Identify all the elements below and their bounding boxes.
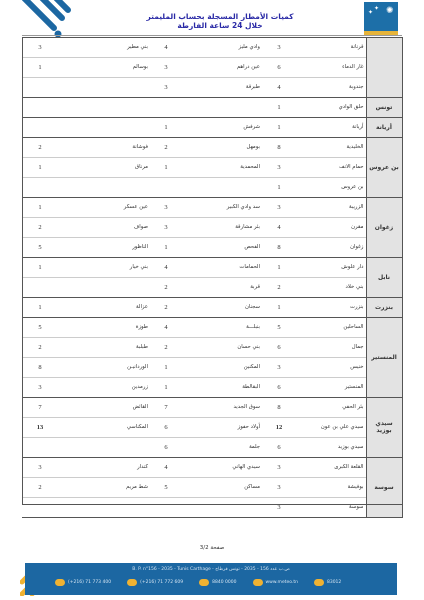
station-name: بني حسان: [182, 337, 262, 357]
station-name: المحمدية: [182, 157, 262, 177]
station-name: مقرن: [296, 217, 366, 237]
region-cell: زغوان: [366, 197, 402, 257]
station-name: بني مطير: [58, 38, 150, 58]
table-row: تونسحلق الوادي1: [22, 97, 402, 117]
rainfall-value: 3: [150, 77, 182, 97]
table-row: جمال6بني حسان2طبلبة2: [22, 337, 402, 357]
table-row: سوسة3: [22, 497, 402, 517]
rainfall-value: [22, 277, 58, 297]
fax-contact: (+216) 71 773 400: [55, 579, 111, 586]
table-row: سيدي علي بن عون12أولاد حفوز6المكناسي13: [22, 417, 402, 437]
rainfall-value: 8: [22, 357, 58, 377]
station-name: [58, 97, 150, 117]
table-row: المنستيرالساحلين5بنبلـــة4طوزة5: [22, 317, 402, 337]
station-name: سيدي الهاني: [182, 457, 262, 477]
rainfall-value: [22, 497, 58, 517]
station-name: المكنين: [182, 357, 262, 377]
rainfall-value: 5: [262, 317, 296, 337]
table-row: خنيس3المكنين1الوردانيـن8: [22, 357, 402, 377]
rainfall-table: قرنانة3وادي مليز4بني مطير3غار الدماء6عين…: [22, 37, 403, 518]
rainfall-value: 2: [150, 277, 182, 297]
table-row: نابلدار علوش1الحمامات4بني خيار1: [22, 257, 402, 277]
station-name: فوشانة: [58, 137, 150, 157]
table-row: قرنانة3وادي مليز4بني مطير3: [22, 38, 402, 58]
rainfall-value: 3: [262, 157, 296, 177]
station-name: الساحلين: [296, 317, 366, 337]
station-name: [58, 117, 150, 137]
rainfall-value: 1: [150, 157, 182, 177]
station-name: عين عسكر: [58, 197, 150, 217]
station-name: دار علوش: [296, 257, 366, 277]
station-name: [182, 97, 262, 117]
rainfall-value: 1: [262, 177, 296, 197]
rainfall-value: 3: [262, 457, 296, 477]
rainfall-value: 7: [22, 397, 58, 417]
station-name: البقالطة: [182, 377, 262, 397]
station-name: عين دراهم: [182, 57, 262, 77]
rainfall-value: 1: [22, 297, 58, 317]
rainfall-value: 5: [22, 237, 58, 257]
station-name: [182, 177, 262, 197]
station-name: سيدي علي بن عون: [296, 417, 366, 437]
title-line-1: كميات الأمطار المسجلة بحساب المليمتر: [130, 12, 310, 21]
station-name: صواف: [58, 217, 150, 237]
station-name: القلعة الكبرى: [296, 457, 366, 477]
rainfall-value: 1: [262, 97, 296, 117]
document-title: كميات الأمطار المسجلة بحساب المليمتر خلا…: [130, 12, 310, 30]
station-name: بنزرت: [296, 297, 366, 317]
table-row: غار الدماء6عين دراهم3بوسالم1: [22, 57, 402, 77]
station-name: بن عروس: [296, 177, 366, 197]
footer-bar: B. P. n°156 - 2035 - Tunis Carthage - ص.…: [25, 563, 397, 595]
rainfall-value: 2: [150, 337, 182, 357]
station-name: زرمدين: [58, 377, 150, 397]
rainfall-value: 4: [262, 77, 296, 97]
rainfall-value: [150, 177, 182, 197]
station-name: حلق الوادي: [296, 97, 366, 117]
rainfall-value: 3: [150, 197, 182, 217]
rainfall-value: 3: [262, 477, 296, 497]
station-name: جندوبة: [296, 77, 366, 97]
rainfall-value: 6: [150, 417, 182, 437]
phone-icon: [127, 579, 137, 586]
rainfall-value: 4: [150, 38, 182, 58]
rainfall-value: [150, 497, 182, 517]
rainfall-value: 8: [262, 137, 296, 157]
station-name: الفحص: [182, 237, 262, 257]
rainfall-value: 2: [150, 137, 182, 157]
station-name: غار الدماء: [296, 57, 366, 77]
rainfall-value: [22, 77, 58, 97]
table-row: أريانةأريانة1شرفش1: [22, 117, 402, 137]
region-cell: تونس: [366, 97, 402, 117]
table-row: زغوان8الفحص1الناظور5: [22, 237, 402, 257]
header-divider: [22, 35, 402, 36]
station-name: الزريبة: [296, 197, 366, 217]
region-cell: أريانة: [366, 117, 402, 137]
rainfall-value: 1: [150, 377, 182, 397]
rainfall-value: 2: [22, 477, 58, 497]
station-name: بوفيشة: [296, 477, 366, 497]
table-row: بوفيشة3مساكن5شط مريم2: [22, 477, 402, 497]
station-name: القائض: [58, 397, 150, 417]
station-name: المكناسي: [58, 417, 150, 437]
rainfall-value: 1: [22, 57, 58, 77]
rainfall-value: [22, 177, 58, 197]
station-name: خنيس: [296, 357, 366, 377]
region-cell: سيدي بوزيد: [366, 397, 402, 457]
station-name: طوزة: [58, 317, 150, 337]
rainfall-value: 1: [22, 157, 58, 177]
table-row: حمام الانف3المحمدية1مرناق1: [22, 157, 402, 177]
rainfall-value: 4: [262, 217, 296, 237]
region-cell: سوسة: [366, 457, 402, 517]
rainfall-value: 1: [150, 117, 182, 137]
rainfall-value: 6: [262, 437, 296, 457]
station-name: بنبلـــة: [182, 317, 262, 337]
station-name: [182, 497, 262, 517]
station-name: الخليدية: [296, 137, 366, 157]
rainfall-value: 2: [22, 137, 58, 157]
station-name: مرناق: [58, 157, 150, 177]
rainfall-value: 2: [262, 277, 296, 297]
page-number: صفحة 3/2: [0, 545, 424, 551]
rainfall-value: [22, 97, 58, 117]
rainfall-value: 4: [150, 457, 182, 477]
station-name: سوق الجديد: [182, 397, 262, 417]
table-row: مقرن4بئر مشارقة3صواف2: [22, 217, 402, 237]
station-name: جمال: [296, 337, 366, 357]
station-name: [58, 497, 150, 517]
rainfall-value: 13: [22, 417, 58, 437]
rainfall-value: 6: [262, 57, 296, 77]
region-cell: المنستير: [366, 317, 402, 397]
rainfall-value: 6: [150, 437, 182, 457]
footer-address: B. P. n°156 - 2035 - Tunis Carthage - ص.…: [25, 567, 397, 572]
rainfall-value: 2: [22, 337, 58, 357]
rainfall-value: 3: [262, 357, 296, 377]
rainfall-value: 1: [150, 237, 182, 257]
station-name: مساكن: [182, 477, 262, 497]
rainfall-value: 3: [150, 57, 182, 77]
station-name: وادي مليز: [182, 38, 262, 58]
station-name: بوسالم: [58, 57, 150, 77]
table-row: بني خلاد2قربة2: [22, 277, 402, 297]
call-icon: [199, 579, 209, 586]
station-name: حمام الانف: [296, 157, 366, 177]
rainfall-value: 1: [22, 197, 58, 217]
rainfall-value: [150, 97, 182, 117]
table-row: سوسةالقلعة الكبرى3سيدي الهاني4كندار3: [22, 457, 402, 477]
rainfall-value: [22, 117, 58, 137]
website-link[interactable]: www.meteo.tn: [253, 579, 298, 586]
phone-contact: (+216) 71 772 609: [127, 579, 183, 586]
sms-contact: 83012: [314, 579, 341, 586]
rainfall-value: 7: [150, 397, 182, 417]
station-name: قرنانة: [296, 38, 366, 58]
station-name: زغوان: [296, 237, 366, 257]
station-name: بني خلاد: [296, 277, 366, 297]
region-cell: [366, 38, 402, 98]
station-name: سجنان: [182, 297, 262, 317]
rainfall-value: 2: [22, 217, 58, 237]
rainfall-value: 1: [262, 257, 296, 277]
rainfall-value: 6: [262, 337, 296, 357]
table-row: زغوانالزريبة3سد وادي الكبير3عين عسكر1: [22, 197, 402, 217]
sms-icon: [314, 579, 324, 586]
rainfall-value: 5: [150, 477, 182, 497]
station-name: طبلبة: [58, 337, 150, 357]
rainfall-value: [22, 437, 58, 457]
station-name: الناظور: [58, 237, 150, 257]
rainfall-value: 8: [262, 237, 296, 257]
station-name: عزالة: [58, 297, 150, 317]
rainfall-value: 3: [262, 197, 296, 217]
station-name: [58, 177, 150, 197]
station-name: [58, 277, 150, 297]
region-cell: بن عروس: [366, 137, 402, 197]
station-name: سوسة: [296, 497, 366, 517]
station-name: أريانة: [296, 117, 366, 137]
station-name: جلمة: [182, 437, 262, 457]
station-name: شط مريم: [58, 477, 150, 497]
rainfall-value: 5: [22, 317, 58, 337]
station-name: الحمامات: [182, 257, 262, 277]
station-name: طبرقة: [182, 77, 262, 97]
rainfall-value: 12: [262, 417, 296, 437]
region-cell: بنزرت: [366, 297, 402, 317]
station-name: بني خيار: [58, 257, 150, 277]
station-name: [58, 437, 150, 457]
brand-stripes-decoration: [22, 0, 82, 40]
region-cell: نابل: [366, 257, 402, 297]
rainfall-value: 3: [22, 38, 58, 58]
table-row: جندوبة4طبرقة3: [22, 77, 402, 97]
hotline-contact: 8840 0000: [199, 579, 236, 586]
rainfall-value: 1: [150, 357, 182, 377]
station-name: كندار: [58, 457, 150, 477]
rainfall-value: 2: [150, 297, 182, 317]
fax-icon: [55, 579, 65, 586]
rainfall-value: 1: [22, 257, 58, 277]
station-name: المنستير: [296, 377, 366, 397]
rainfall-value: 1: [262, 117, 296, 137]
table-row: بن عروسالخليدية8بومهل2فوشانة2: [22, 137, 402, 157]
institute-logo: ✦ ✦ ✺: [364, 2, 398, 36]
rainfall-value: 3: [150, 217, 182, 237]
rainfall-value: 8: [262, 397, 296, 417]
rainfall-value: 4: [150, 257, 182, 277]
station-name: أولاد حفوز: [182, 417, 262, 437]
station-name: قربة: [182, 277, 262, 297]
rainfall-value: 3: [262, 38, 296, 58]
station-name: سيدي بوزيد: [296, 437, 366, 457]
station-name: سد وادي الكبير: [182, 197, 262, 217]
rainfall-value: 3: [262, 497, 296, 517]
rainfall-value: 6: [262, 377, 296, 397]
station-name: بئر مشارقة: [182, 217, 262, 237]
rainfall-value: 1: [262, 297, 296, 317]
table-row: بن عروس1: [22, 177, 402, 197]
rainfall-value: 4: [150, 317, 182, 337]
station-name: الوردانيـن: [58, 357, 150, 377]
table-row: سيدي بوزيد6جلمة6: [22, 437, 402, 457]
rainfall-value: 3: [22, 377, 58, 397]
title-line-2: خلال 24 ساعة الفارطة: [130, 21, 310, 30]
station-name: بئر الحفي: [296, 397, 366, 417]
table-row: سيدي بوزيدبئر الحفي8سوق الجديد7القائض7: [22, 397, 402, 417]
rainfall-value: 3: [22, 457, 58, 477]
station-name: شرفش: [182, 117, 262, 137]
station-name: [58, 77, 150, 97]
globe-icon: [253, 579, 263, 586]
table-row: بنزرتبنزرت1سجنان2عزالة1: [22, 297, 402, 317]
station-name: بومهل: [182, 137, 262, 157]
table-row: المنستير6البقالطة1زرمدين3: [22, 377, 402, 397]
